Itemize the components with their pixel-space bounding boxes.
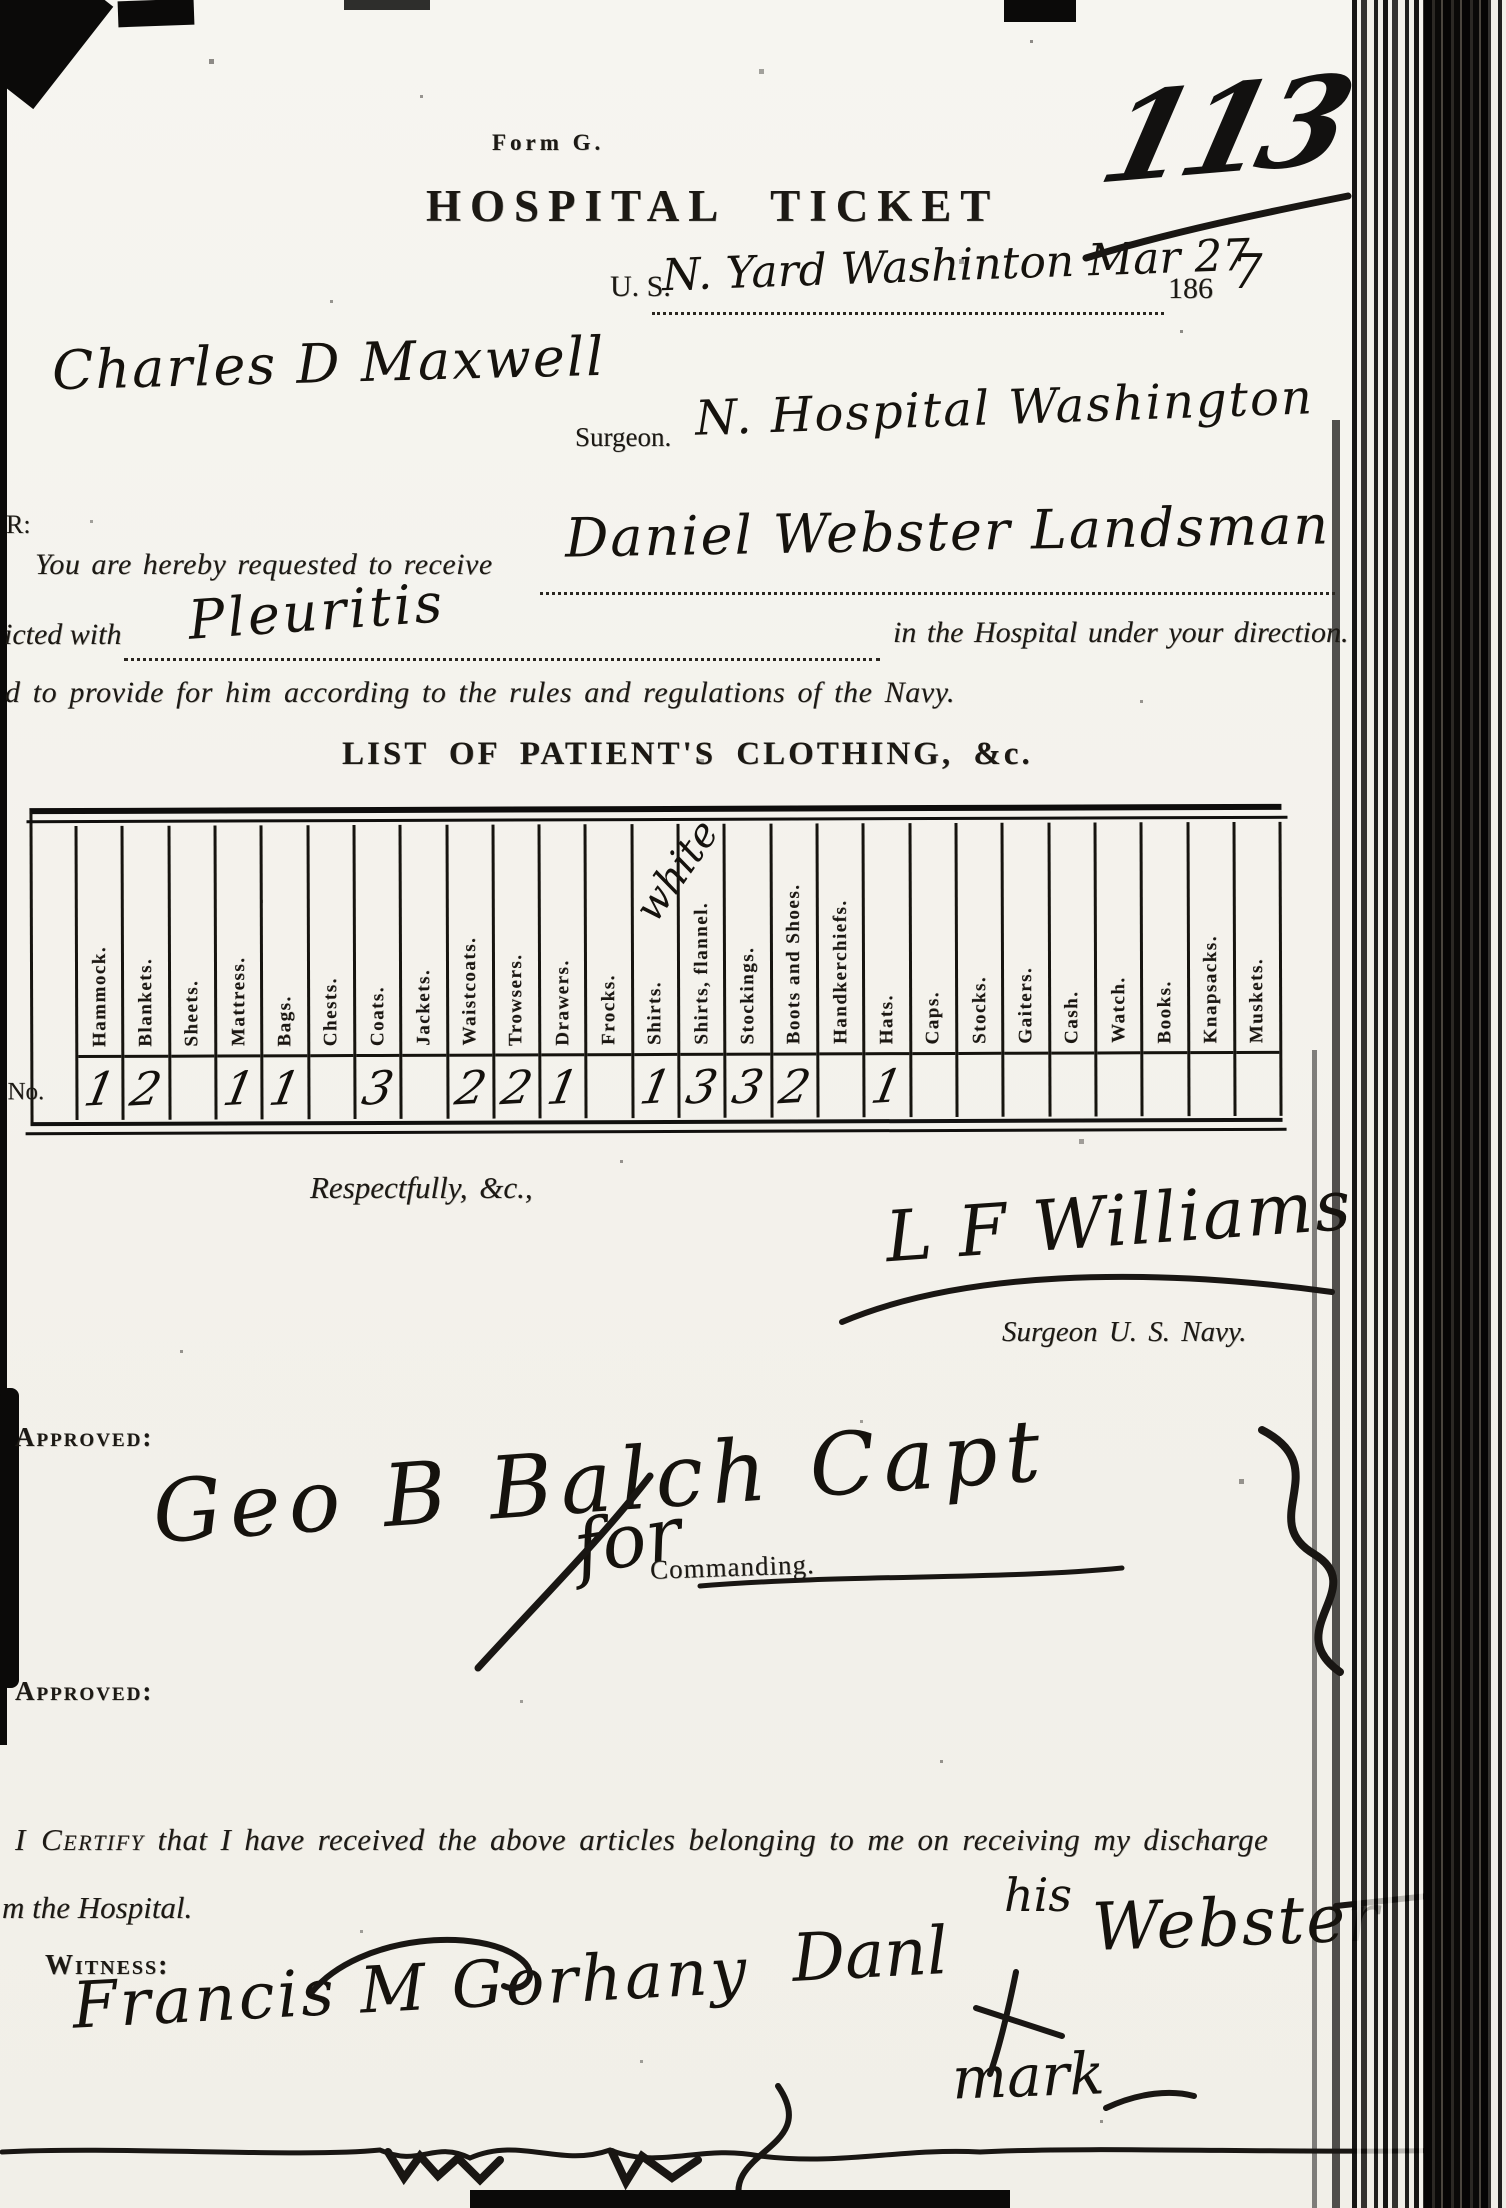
bottom-scan-rule [2,2150,1460,2159]
clothing-column: Mattress.1 [213,825,260,1119]
hospital-ticket-scan: Form G. HOSPITAL TICKET 113 U. S. N. Yar… [0,0,1506,2208]
column-header: Stocks. [957,823,1001,1052]
column-header: Knapsacks. [1189,822,1233,1051]
column-label: Stocks. [969,976,991,1044]
clothing-columns: Hammock.1Blankets.2Sheets.Mattress.1Bags… [75,822,1283,1120]
dateline-handwritten-year: 7 [1232,244,1263,300]
column-value [912,1052,956,1117]
column-label: Chests. [320,977,342,1046]
column-header: Boots and Shoes. [772,823,816,1052]
clothing-column: Sheets. [167,826,214,1120]
clothing-column: Handkerchiefs. [816,823,863,1117]
approved-label-1: Approved: [15,1422,153,1453]
column-header: Coats. [355,825,399,1054]
clothing-table-title: LIST OF PATIENT'S CLOTHING, &c. [342,736,1033,773]
column-label: Coats. [367,986,389,1046]
dateline-printed-year: 186 [1168,272,1213,306]
column-header: Drawers. [541,824,585,1053]
column-value [1097,1051,1141,1116]
scan-top-mark [344,0,430,10]
clothing-column: Bags.1 [260,825,307,1119]
scan-corner-artifact [0,0,113,109]
column-value [1051,1051,1095,1116]
clothing-column: Watch. [1093,822,1140,1116]
column-value: 3 [356,1054,400,1119]
column-label: Muskets. [1246,957,1268,1042]
column-value: 1 [217,1054,261,1119]
column-header: Caps. [911,823,955,1052]
mark-trailing-dash [1106,2093,1194,2108]
addressee-title-printed: Surgeon. [575,422,671,453]
surgeon-title-printed: Surgeon U. S. Navy. [1002,1316,1247,1349]
commander-flourish [1262,1430,1340,1672]
column-label: Knapsacks. [1200,935,1222,1044]
column-label: Shirts, flannel. [690,902,712,1045]
clothing-column: Shirts, flannel.3 [677,824,724,1118]
commanding-label-printed: Commanding. [650,1549,816,1586]
patient-mark-last-name: Webster [1091,1879,1382,1966]
column-value: 1 [78,1055,122,1120]
column-header: Shirts, flannel. [680,824,724,1053]
column-header: Cash. [1050,822,1094,1051]
column-label: Mattress. [228,957,250,1047]
scan-binding-core [1424,0,1488,2208]
column-header: Books. [1143,822,1187,1051]
column-value [958,1052,1002,1117]
certify-line: I Certify that I have received the above… [15,1822,1268,1858]
patient-name-handwritten: Daniel Webster Landsman [565,493,1331,569]
column-value [171,1055,215,1120]
column-value: 3 [680,1053,724,1118]
clothing-column: Knapsacks. [1186,822,1233,1116]
column-label: Books. [1154,980,1176,1043]
column-label: Caps. [922,991,944,1045]
document-title: HOSPITAL TICKET [426,180,999,232]
column-header: Chests. [309,825,353,1054]
column-label: Drawers. [552,959,574,1045]
column-header: Stockings. [726,824,770,1053]
patient-mark-first-name: Danl [790,1912,950,1997]
salutation-fragment: R: [6,510,31,540]
column-value: 2 [449,1054,493,1119]
column-label: Hats. [876,994,898,1044]
clothing-column: Chests. [306,825,353,1119]
column-header: Bags. [263,825,307,1054]
column-value [588,1053,632,1118]
column-header: Watch. [1096,822,1140,1051]
column-label: Cash. [1061,990,1083,1044]
clothing-column: Muskets. [1232,822,1282,1116]
clothing-column: Cash. [1047,822,1094,1116]
column-value: 2 [773,1052,817,1117]
scan-top-mark [1004,0,1076,22]
bottom-cut-handwriting [612,2152,698,2182]
afflicted-fragment: icted with [4,618,121,652]
column-value [1143,1051,1187,1116]
addressee-station-handwritten: N. Hospital Washington [694,369,1314,447]
column-header: Blankets. [124,826,168,1055]
clothing-column: Caps. [908,823,955,1117]
column-value: 2 [495,1053,539,1118]
ticket-number-handwritten: 113 [1088,48,1357,212]
column-value [1190,1051,1234,1116]
clothing-column: Trowsers.2 [491,824,538,1118]
column-label: Waistcoats. [459,937,481,1046]
column-value: 1 [634,1053,678,1118]
column-value: 1 [866,1052,910,1117]
clothing-column: Stocks. [954,823,1001,1117]
column-header: Hats. [865,823,909,1052]
his-mark-x [976,2008,1062,2036]
clothing-column: Boots and Shoes.2 [769,823,816,1117]
column-label: Jackets. [413,969,435,1046]
column-value [1005,1052,1049,1117]
column-label: Frocks. [598,974,620,1045]
column-value: 2 [125,1055,169,1120]
column-label: Handkerchiefs. [829,900,852,1045]
clothing-column: Waistcoats.2 [445,825,492,1119]
scan-bottom-bar [470,2190,1010,2208]
clothing-column: Coats.3 [352,825,399,1119]
column-label: Shirts. [644,981,666,1045]
clothing-column: Stockings.3 [723,824,770,1118]
column-label: Sheets. [181,980,203,1047]
column-value [310,1054,354,1119]
column-value [819,1052,863,1117]
column-label: Gaiters. [1015,967,1037,1044]
column-header: Waistcoats. [448,825,492,1054]
column-label: Blankets. [135,958,157,1047]
bottom-cut-handwriting [388,2152,500,2180]
addressee-name-handwritten: Charles D Maxwell [51,325,606,402]
column-value: 1 [541,1053,585,1118]
column-header: Hammock. [78,826,122,1055]
respectfully-line: Respectfully, &c., [310,1170,533,1206]
surgeon-signature: L F Williams [883,1164,1355,1278]
column-label: Boots and Shoes. [783,884,806,1045]
column-header: Shirts. [633,824,677,1053]
approved-label-2: Approved: [15,1676,153,1707]
clothing-column: Blankets.2 [121,826,168,1120]
provide-printed-line: d to provide for him according to the ru… [5,676,955,710]
column-header: Handkerchiefs. [819,823,863,1052]
clothing-column: Drawers.1 [538,824,585,1118]
clothing-column: Shirts.1 [630,824,677,1118]
hospital-fragment: m the Hospital. [2,1890,192,1926]
column-value: 1 [264,1054,308,1119]
column-header: Mattress. [216,825,260,1054]
clothing-column: Books. [1140,822,1187,1116]
table-row-label: No. [7,1078,44,1106]
column-label: Trowsers. [505,953,527,1046]
column-header: Trowsers. [494,824,538,1053]
column-label: Watch. [1108,977,1130,1044]
column-label: Hammock. [89,946,111,1047]
column-header: Sheets. [170,826,214,1055]
column-header: Muskets. [1235,822,1279,1051]
clothing-column: Jackets. [399,825,446,1119]
clothing-column: Hats.1 [862,823,909,1117]
form-number-label: Form G. [492,130,604,156]
column-label: Stockings. [737,947,759,1045]
table-bottom-rule [26,1128,1287,1135]
witness-signature: Francis M Gorhany [71,1934,752,2043]
scan-top-mark [118,0,195,27]
column-value: 3 [727,1053,771,1118]
column-value [402,1054,446,1119]
clothing-column: Gaiters. [1001,823,1048,1117]
column-header: Jackets. [402,825,446,1054]
clothing-column: Hammock.1 [75,826,122,1120]
clothing-column: Frocks. [584,824,631,1118]
patient-mark-word: mark [951,2039,1106,2112]
clothing-table: No. white Hammock.1Blankets.2Sheets.Matt… [29,804,1282,1126]
patient-mark-his: his [1004,1868,1072,1922]
column-header: Frocks. [587,824,631,1053]
direction-printed-line: in the Hospital under your direction. [893,616,1349,650]
column-header: Gaiters. [1004,823,1048,1052]
column-label: Bags. [274,995,296,1046]
certify-lead: I Certify [15,1822,144,1857]
certify-text: that I have received the above articles … [158,1822,1269,1857]
column-value [1236,1051,1280,1116]
